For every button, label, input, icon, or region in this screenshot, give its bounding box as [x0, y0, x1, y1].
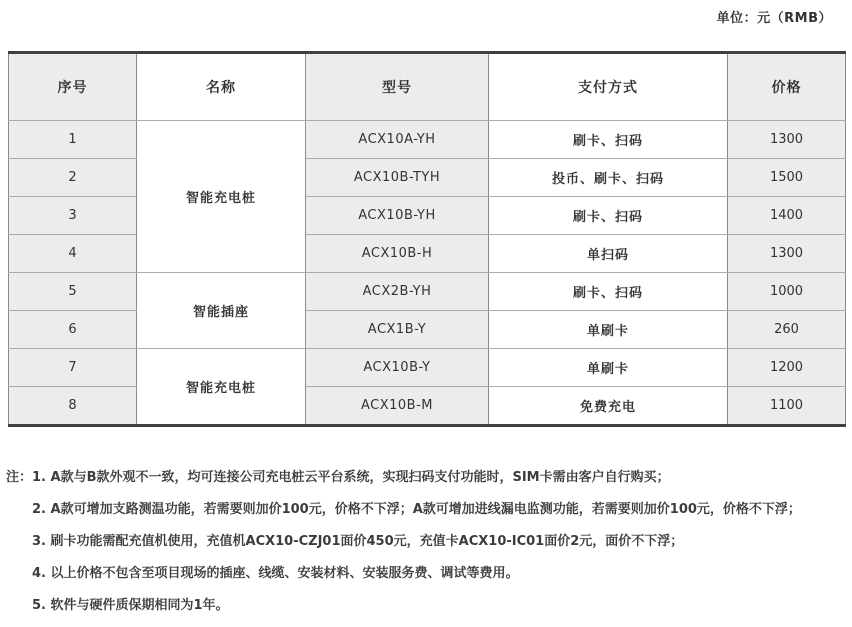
- table-body: 1智能充电桩ACX10A-YH刷卡、扫码13002ACX10B-TYH投币、刷卡…: [9, 121, 846, 426]
- cell-serial-number: 3: [9, 197, 137, 235]
- column-header: 名称: [137, 53, 306, 121]
- cell-serial-number: 5: [9, 273, 137, 311]
- table-header-row: 序号名称型号支付方式价格: [9, 53, 846, 121]
- cell-product-name: 智能充电桩: [137, 349, 306, 426]
- note-line: 3. 刷卡功能需配充值机使用，充值机ACX10-CZJ01面价450元，充值卡A…: [5, 534, 847, 550]
- note-text: 1. A款与B款外观不一致，均可连接公司充电桩云平台系统，实现扫码支付功能时，S…: [32, 470, 670, 485]
- cell-payment-method: 刷卡、扫码: [489, 197, 728, 235]
- table-row: 5智能插座ACX2B-YH刷卡、扫码1000: [9, 273, 846, 311]
- cell-payment-method: 免费充电: [489, 387, 728, 426]
- note-line: 4. 以上价格不包含至项目现场的插座、线缆、安装材料、安装服务费、调试等费用。: [5, 566, 847, 582]
- cell-model: ACX2B-YH: [306, 273, 489, 311]
- note-line: 2. A款可增加支路测温功能，若需要则加价100元，价格不下浮；A款可增加进线漏…: [5, 502, 847, 518]
- cell-model: ACX10B-H: [306, 235, 489, 273]
- cell-price: 260: [728, 311, 846, 349]
- cell-serial-number: 1: [9, 121, 137, 159]
- column-header: 价格: [728, 53, 846, 121]
- cell-price: 1200: [728, 349, 846, 387]
- table-row: 8ACX10B-M免费充电1100: [9, 387, 846, 426]
- cell-serial-number: 2: [9, 159, 137, 197]
- price-sheet-page: 单位：元（RMB） 序号名称型号支付方式价格 1智能充电桩ACX10A-YH刷卡…: [0, 0, 852, 627]
- table-row: 2ACX10B-TYH投币、刷卡、扫码1500: [9, 159, 846, 197]
- cell-serial-number: 8: [9, 387, 137, 426]
- table-row: 4ACX10B-H单扫码1300: [9, 235, 846, 273]
- cell-payment-method: 投币、刷卡、扫码: [489, 159, 728, 197]
- cell-payment-method: 单刷卡: [489, 311, 728, 349]
- cell-serial-number: 6: [9, 311, 137, 349]
- cell-serial-number: 7: [9, 349, 137, 387]
- cell-product-name: 智能充电桩: [137, 121, 306, 273]
- note-text: 5. 软件与硬件质保期相同为1年。: [32, 598, 229, 613]
- notes: 注：1. A款与B款外观不一致，均可连接公司充电桩云平台系统，实现扫码支付功能时…: [5, 470, 847, 627]
- cell-price: 1500: [728, 159, 846, 197]
- cell-price: 1300: [728, 121, 846, 159]
- cell-model: ACX10A-YH: [306, 121, 489, 159]
- table-row: 1智能充电桩ACX10A-YH刷卡、扫码1300: [9, 121, 846, 159]
- cell-payment-method: 刷卡、扫码: [489, 273, 728, 311]
- note-line: 5. 软件与硬件质保期相同为1年。: [5, 598, 847, 614]
- cell-product-name: 智能插座: [137, 273, 306, 349]
- table-row: 7智能充电桩ACX10B-Y单刷卡1200: [9, 349, 846, 387]
- notes-prefix-label: 注：: [6, 470, 32, 486]
- note-text: 4. 以上价格不包含至项目现场的插座、线缆、安装材料、安装服务费、调试等费用。: [32, 566, 519, 581]
- cell-payment-method: 单刷卡: [489, 349, 728, 387]
- note-line: 注：1. A款与B款外观不一致，均可连接公司充电桩云平台系统，实现扫码支付功能时…: [5, 470, 847, 486]
- cell-price: 1400: [728, 197, 846, 235]
- cell-model: ACX1B-Y: [306, 311, 489, 349]
- cell-model: ACX10B-Y: [306, 349, 489, 387]
- cell-model: ACX10B-M: [306, 387, 489, 426]
- table-row: 6ACX1B-Y单刷卡260: [9, 311, 846, 349]
- note-text: 3. 刷卡功能需配充值机使用，充值机ACX10-CZJ01面价450元，充值卡A…: [32, 534, 683, 549]
- column-header: 型号: [306, 53, 489, 121]
- cell-model: ACX10B-TYH: [306, 159, 489, 197]
- column-header: 支付方式: [489, 53, 728, 121]
- cell-price: 1100: [728, 387, 846, 426]
- cell-payment-method: 刷卡、扫码: [489, 121, 728, 159]
- cell-price: 1300: [728, 235, 846, 273]
- note-text: 2. A款可增加支路测温功能，若需要则加价100元，价格不下浮；A款可增加进线漏…: [32, 502, 801, 517]
- cell-price: 1000: [728, 273, 846, 311]
- price-table: 序号名称型号支付方式价格 1智能充电桩ACX10A-YH刷卡、扫码13002AC…: [8, 51, 846, 427]
- table-header: 序号名称型号支付方式价格: [9, 53, 846, 121]
- column-header: 序号: [9, 53, 137, 121]
- unit-label: 单位：元（RMB）: [717, 7, 832, 26]
- table-row: 3ACX10B-YH刷卡、扫码1400: [9, 197, 846, 235]
- cell-serial-number: 4: [9, 235, 137, 273]
- cell-payment-method: 单扫码: [489, 235, 728, 273]
- cell-model: ACX10B-YH: [306, 197, 489, 235]
